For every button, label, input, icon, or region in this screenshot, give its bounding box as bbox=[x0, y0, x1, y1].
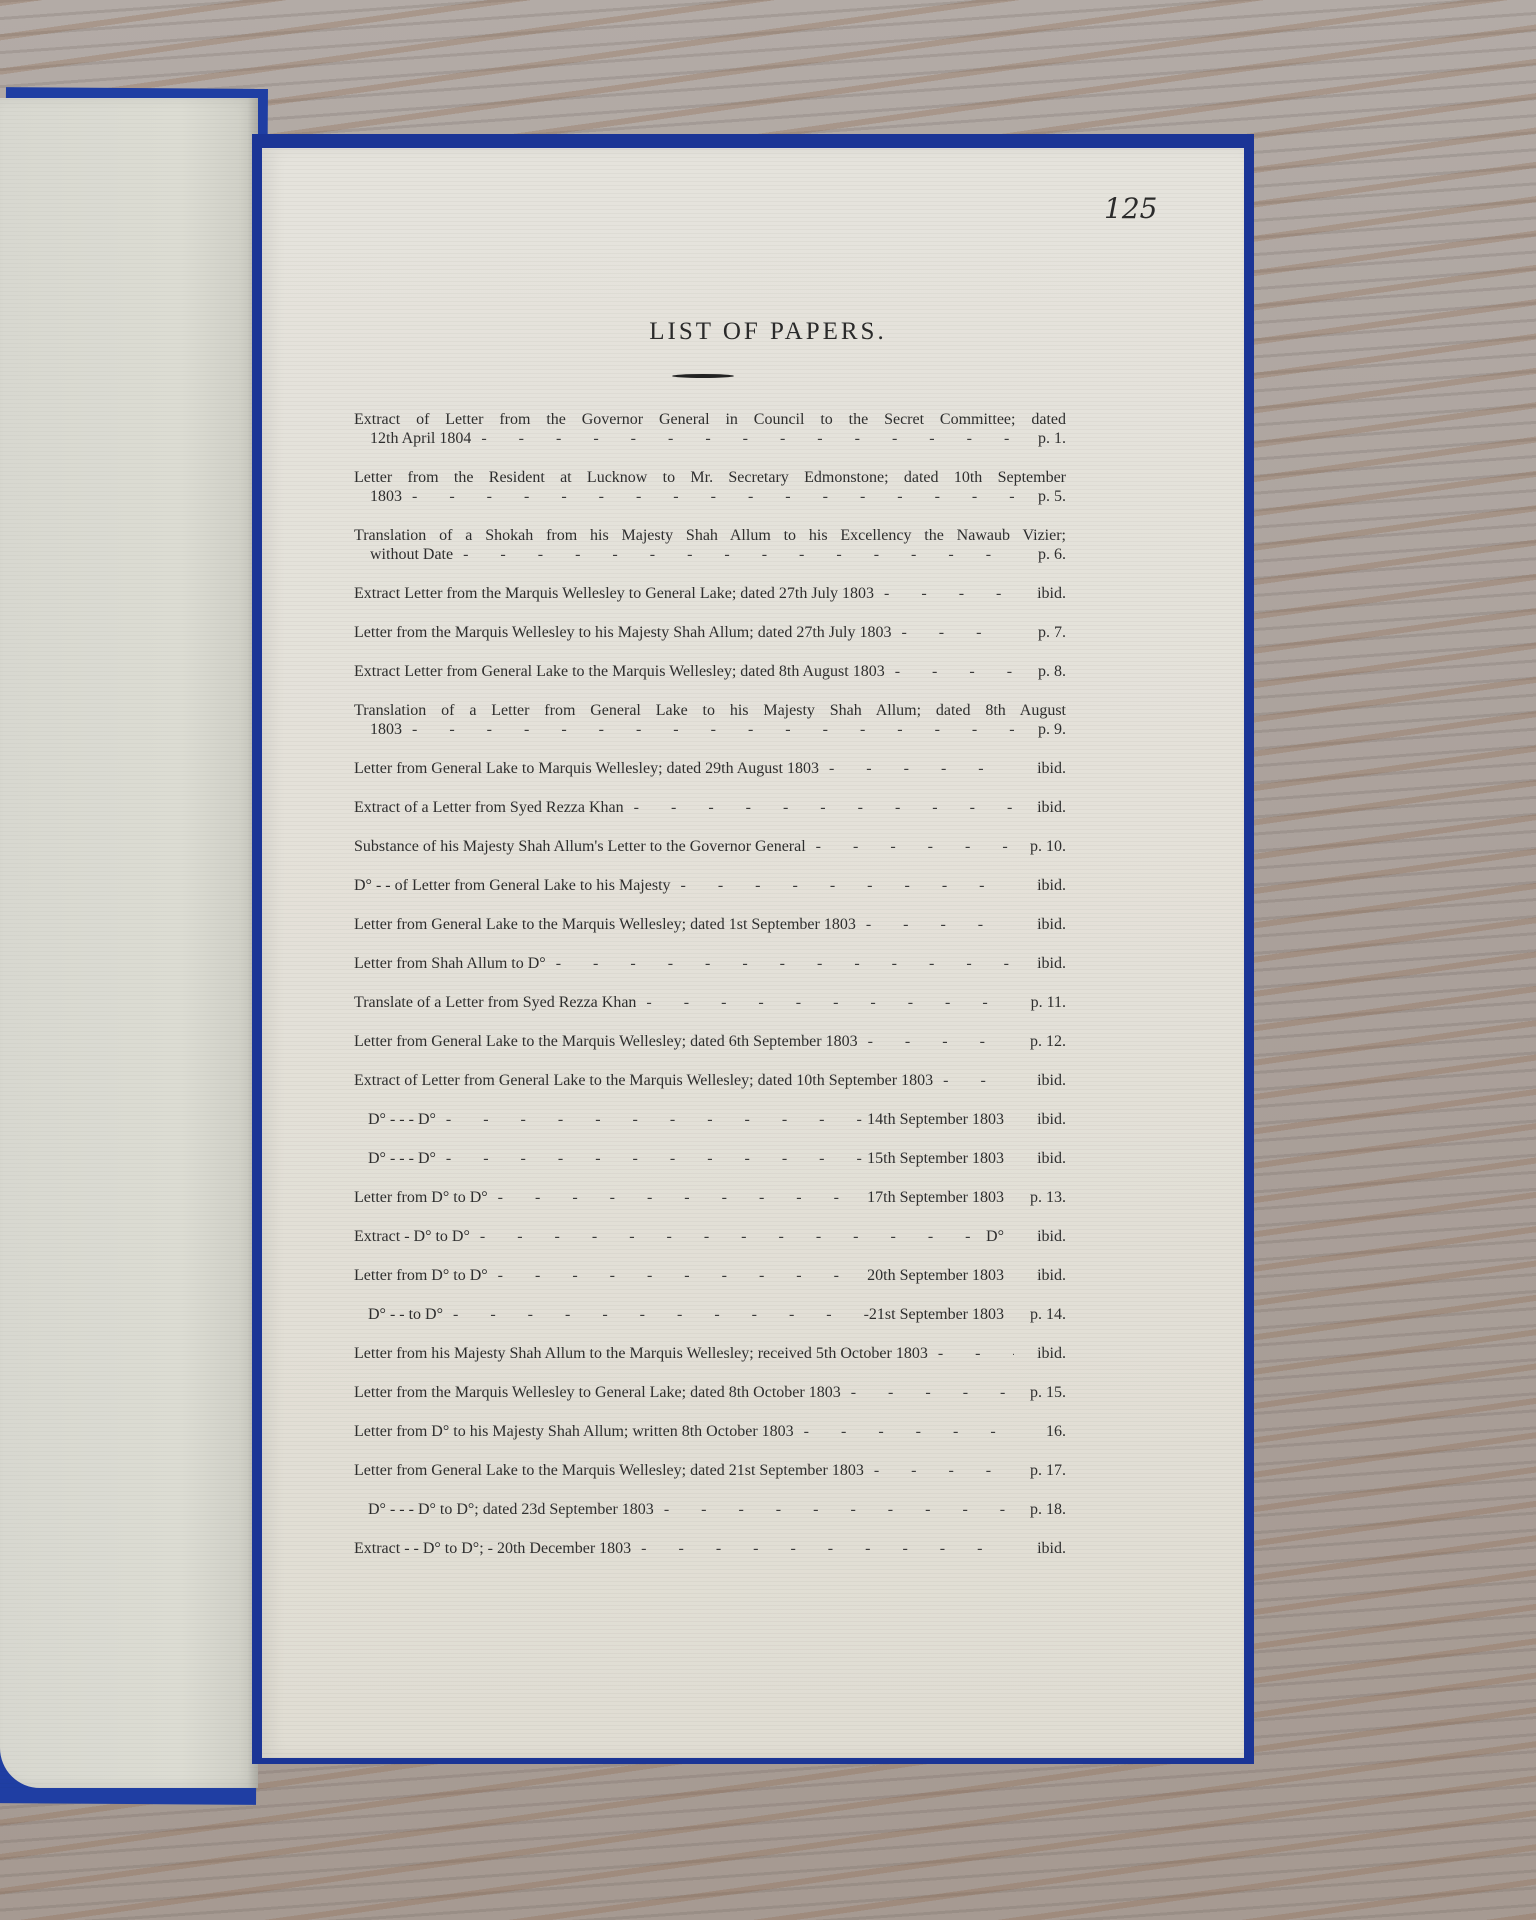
entry-description: Extract of a Letter from Syed Rezza Khan bbox=[354, 798, 624, 817]
dot-leaders: - - - - - - - - - - - - - - - - - - - - … bbox=[402, 487, 1014, 506]
entry-description: Extract - - D° to D°; - 20th December 18… bbox=[354, 1539, 631, 1558]
entry-line: Extract - - D° to D°; - 20th December 18… bbox=[354, 1539, 1066, 1558]
entry-line: Substance of his Majesty Shah Allum's Le… bbox=[354, 837, 1066, 856]
entry-description: D° - - to D° bbox=[354, 1305, 443, 1324]
dot-leaders: - - - - - - - - - - - - - - - - - - - - … bbox=[488, 1188, 867, 1207]
list-item: Extract of Letter from General Lake to t… bbox=[354, 1071, 1066, 1090]
list-item: Letter from the Marquis Wellesley to his… bbox=[354, 623, 1066, 642]
entry-continuation-line: 12th April 1804- - - - - - - - - - - - -… bbox=[354, 429, 1066, 448]
entry-description: Letter from Shah Allum to D° bbox=[354, 954, 546, 973]
page-reference: p. 15. bbox=[1014, 1383, 1066, 1402]
page-reference: ibid. bbox=[1014, 1149, 1066, 1168]
entry-title-line: Translation of a Shokah from his Majesty… bbox=[354, 526, 1066, 545]
entry-line: Extract of Letter from General Lake to t… bbox=[354, 1071, 1066, 1090]
entry-line: Letter from his Majesty Shah Allum to th… bbox=[354, 1344, 1066, 1363]
dot-leaders: - - - - - - - - - - - - - - - - - - - - … bbox=[671, 876, 1014, 895]
page-reference: ibid. bbox=[1014, 915, 1066, 934]
dot-leaders: - - - - - - - - - - - - - - - - - - - - … bbox=[874, 584, 1014, 603]
entry-line: Letter from the Marquis Wellesley to his… bbox=[354, 623, 1066, 642]
entry-description: Substance of his Majesty Shah Allum's Le… bbox=[354, 837, 806, 856]
dot-leaders: - - - - - - - - - - - - - - - - - - - - … bbox=[891, 623, 1014, 642]
entry-line: D° - - to D°- - - - - - - - - - - - - - … bbox=[354, 1305, 1066, 1324]
page-reference: p. 12. bbox=[1014, 1032, 1066, 1051]
list-item: Extract Letter from General Lake to the … bbox=[354, 662, 1066, 681]
page-reference: p. 10. bbox=[1014, 837, 1066, 856]
entry-line: Letter from General Lake to the Marquis … bbox=[354, 1461, 1066, 1480]
entry-description: Letter from General Lake to the Marquis … bbox=[354, 1461, 864, 1480]
entry-line: D° - - - D°- - - - - - - - - - - - - - -… bbox=[354, 1110, 1066, 1129]
page-reference: p. 7. bbox=[1014, 623, 1066, 642]
dot-leaders: - - - - - - - - - - - - - - - - - - - - … bbox=[819, 759, 1014, 778]
entry-date: 15th September 1803 bbox=[867, 1149, 1014, 1168]
page-reference: p. 8. bbox=[1014, 662, 1066, 681]
entry-description: Letter from the Marquis Wellesley to his… bbox=[354, 623, 891, 642]
list-item: Translation of a Shokah from his Majesty… bbox=[354, 526, 1066, 564]
list-item: D° - - to D°- - - - - - - - - - - - - - … bbox=[354, 1305, 1066, 1324]
entry-description: Letter from General Lake to Marquis Well… bbox=[354, 759, 819, 778]
entry-date: without Date bbox=[370, 545, 453, 564]
entry-description: Extract Letter from General Lake to the … bbox=[354, 662, 885, 681]
list-item: Letter from General Lake to the Marquis … bbox=[354, 1461, 1066, 1480]
dot-leaders: - - - - - - - - - - - - - - - - - - - - … bbox=[436, 1110, 867, 1129]
dot-leaders: - - - - - - - - - - - - - - - - - - - - … bbox=[488, 1266, 867, 1285]
entry-line: Extract of a Letter from Syed Rezza Khan… bbox=[354, 798, 1066, 817]
list-item: Letter from General Lake to the Marquis … bbox=[354, 1032, 1066, 1051]
entry-description: Letter from his Majesty Shah Allum to th… bbox=[354, 1344, 928, 1363]
page-reference: ibid. bbox=[1014, 759, 1066, 778]
page-reference: ibid. bbox=[1014, 1539, 1066, 1558]
entry-date: 21st September 1803 bbox=[869, 1305, 1014, 1324]
entry-line: Extract Letter from General Lake to the … bbox=[354, 662, 1066, 681]
page-reference: p. 18. bbox=[1014, 1500, 1066, 1519]
entry-description: Translate of a Letter from Syed Rezza Kh… bbox=[354, 993, 636, 1012]
entry-line: Letter from D° to D°- - - - - - - - - - … bbox=[354, 1188, 1066, 1207]
page-reference: ibid. bbox=[1014, 1110, 1066, 1129]
dot-leaders: - - - - - - - - - - - - - - - - - - - - … bbox=[856, 915, 1014, 934]
entry-line: Translate of a Letter from Syed Rezza Kh… bbox=[354, 993, 1066, 1012]
page-reference: ibid. bbox=[1014, 1344, 1066, 1363]
dot-leaders: - - - - - - - - - - - - - - - - - - - - … bbox=[806, 837, 1014, 856]
page-reference: p. 14. bbox=[1014, 1305, 1066, 1324]
entry-description: Letter from D° to his Majesty Shah Allum… bbox=[354, 1422, 794, 1441]
entry-description: Letter from the Marquis Wellesley to Gen… bbox=[354, 1383, 841, 1402]
left-page bbox=[0, 98, 258, 1788]
dot-leaders: - - - - - - - - - - - - - - - - - - - - … bbox=[928, 1344, 1014, 1363]
entry-title-line: Translation of a Letter from General Lak… bbox=[354, 701, 1066, 720]
page-reference: ibid. bbox=[1014, 954, 1066, 973]
dot-leaders: - - - - - - - - - - - - - - - - - - - - … bbox=[443, 1305, 869, 1324]
page-reference: ibid. bbox=[1014, 1266, 1066, 1285]
page-reference: 16. bbox=[1014, 1422, 1066, 1441]
list-item: Extract of Letter from the Governor Gene… bbox=[354, 410, 1066, 448]
list-item: Substance of his Majesty Shah Allum's Le… bbox=[354, 837, 1066, 856]
page-reference: ibid. bbox=[1014, 584, 1066, 603]
page-reference: p. 5. bbox=[1014, 487, 1066, 506]
list-item: Letter from General Lake to Marquis Well… bbox=[354, 759, 1066, 778]
list-item: Letter from D° to his Majesty Shah Allum… bbox=[354, 1422, 1066, 1441]
list-item: Letter from D° to D°- - - - - - - - - - … bbox=[354, 1188, 1066, 1207]
dot-leaders: - - - - - - - - - - - - - - - - - - - - … bbox=[546, 954, 1014, 973]
entry-line: D° - - - D° to D°; dated 23d September 1… bbox=[354, 1500, 1066, 1519]
list-item: Letter from his Majesty Shah Allum to th… bbox=[354, 1344, 1066, 1363]
dot-leaders: - - - - - - - - - - - - - - - - - - - - … bbox=[794, 1422, 1014, 1441]
entry-continuation-line: 1803- - - - - - - - - - - - - - - - - - … bbox=[354, 487, 1066, 506]
entry-line: Letter from the Marquis Wellesley to Gen… bbox=[354, 1383, 1066, 1402]
entry-description: Letter from D° to D° bbox=[354, 1266, 488, 1285]
dot-leaders: - - - - - - - - - - - - - - - - - - - - … bbox=[471, 429, 1014, 448]
entry-description: D° - - - D° bbox=[354, 1149, 436, 1168]
entry-title-line: Letter from the Resident at Lucknow to M… bbox=[354, 468, 1066, 487]
entry-date: D° bbox=[986, 1227, 1014, 1246]
list-item: Letter from Shah Allum to D°- - - - - - … bbox=[354, 954, 1066, 973]
dot-leaders: - - - - - - - - - - - - - - - - - - - - … bbox=[864, 1461, 1014, 1480]
entry-line: Letter from General Lake to the Marquis … bbox=[354, 915, 1066, 934]
list-of-papers: Extract of Letter from the Governor Gene… bbox=[354, 410, 1066, 1578]
dot-leaders: - - - - - - - - - - - - - - - - - - - - … bbox=[841, 1383, 1014, 1402]
page-reference: p. 9. bbox=[1014, 720, 1066, 739]
page-reference: p. 13. bbox=[1014, 1188, 1066, 1207]
page-reference: p. 11. bbox=[1014, 993, 1066, 1012]
list-item: Letter from General Lake to the Marquis … bbox=[354, 915, 1066, 934]
entry-date: 1803 bbox=[370, 720, 402, 739]
entry-line: D° - - - D°- - - - - - - - - - - - - - -… bbox=[354, 1149, 1066, 1168]
entry-date: 12th April 1804 bbox=[370, 429, 471, 448]
page-reference: ibid. bbox=[1014, 1071, 1066, 1090]
list-item: D° - - - D°- - - - - - - - - - - - - - -… bbox=[354, 1149, 1066, 1168]
entry-description: Extract - D° to D° bbox=[354, 1227, 470, 1246]
entry-line: Letter from General Lake to Marquis Well… bbox=[354, 759, 1066, 778]
dot-leaders: - - - - - - - - - - - - - - - - - - - - … bbox=[654, 1500, 1014, 1519]
dot-leaders: - - - - - - - - - - - - - - - - - - - - … bbox=[858, 1032, 1014, 1051]
page-reference: ibid. bbox=[1014, 876, 1066, 895]
entry-description: Extract of Letter from General Lake to t… bbox=[354, 1071, 933, 1090]
list-item: Extract Letter from the Marquis Wellesle… bbox=[354, 584, 1066, 603]
page-reference: ibid. bbox=[1014, 798, 1066, 817]
page-title: LIST OF PAPERS. bbox=[0, 318, 1536, 346]
page-reference: p. 6. bbox=[1014, 545, 1066, 564]
entry-line: Letter from General Lake to the Marquis … bbox=[354, 1032, 1066, 1051]
list-item: D° - - - D° to D°; dated 23d September 1… bbox=[354, 1500, 1066, 1519]
page-reference: p. 17. bbox=[1014, 1461, 1066, 1480]
list-item: D° - - - D°- - - - - - - - - - - - - - -… bbox=[354, 1110, 1066, 1129]
entry-description: D° - - of Letter from General Lake to hi… bbox=[354, 876, 671, 895]
entry-line: Letter from D° to D°- - - - - - - - - - … bbox=[354, 1266, 1066, 1285]
entry-description: Letter from D° to D° bbox=[354, 1188, 488, 1207]
dot-leaders: - - - - - - - - - - - - - - - - - - - - … bbox=[624, 798, 1014, 817]
entry-description: D° - - - D° bbox=[354, 1110, 436, 1129]
dot-leaders: - - - - - - - - - - - - - - - - - - - - … bbox=[933, 1071, 1014, 1090]
page-reference: ibid. bbox=[1014, 1227, 1066, 1246]
dot-leaders: - - - - - - - - - - - - - - - - - - - - … bbox=[453, 545, 1014, 564]
entry-line: D° - - of Letter from General Lake to hi… bbox=[354, 876, 1066, 895]
entry-continuation-line: without Date- - - - - - - - - - - - - - … bbox=[354, 545, 1066, 564]
list-item: Extract - D° to D°- - - - - - - - - - - … bbox=[354, 1227, 1066, 1246]
entry-continuation-line: 1803- - - - - - - - - - - - - - - - - - … bbox=[354, 720, 1066, 739]
dot-leaders: - - - - - - - - - - - - - - - - - - - - … bbox=[402, 720, 1014, 739]
list-item: Letter from D° to D°- - - - - - - - - - … bbox=[354, 1266, 1066, 1285]
entry-line: Extract Letter from the Marquis Wellesle… bbox=[354, 584, 1066, 603]
list-item: Letter from the Marquis Wellesley to Gen… bbox=[354, 1383, 1066, 1402]
entry-date: 17th September 1803 bbox=[867, 1188, 1014, 1207]
dot-leaders: - - - - - - - - - - - - - - - - - - - - … bbox=[885, 662, 1014, 681]
dot-leaders: - - - - - - - - - - - - - - - - - - - - … bbox=[636, 993, 1014, 1012]
dot-leaders: - - - - - - - - - - - - - - - - - - - - … bbox=[436, 1149, 867, 1168]
list-item: Extract - - D° to D°; - 20th December 18… bbox=[354, 1539, 1066, 1558]
list-item: Letter from the Resident at Lucknow to M… bbox=[354, 468, 1066, 506]
entry-description: Letter from General Lake to the Marquis … bbox=[354, 1032, 858, 1051]
list-item: D° - - of Letter from General Lake to hi… bbox=[354, 876, 1066, 895]
entry-description: Extract Letter from the Marquis Wellesle… bbox=[354, 584, 874, 603]
dot-leaders: - - - - - - - - - - - - - - - - - - - - … bbox=[470, 1227, 986, 1246]
entry-description: D° - - - D° to D°; dated 23d September 1… bbox=[354, 1500, 654, 1519]
entry-date: 14th September 1803 bbox=[867, 1110, 1014, 1129]
entry-date: 1803 bbox=[370, 487, 402, 506]
folio-number: 125 bbox=[1104, 192, 1157, 225]
entry-line: Letter from D° to his Majesty Shah Allum… bbox=[354, 1422, 1066, 1441]
list-item: Translate of a Letter from Syed Rezza Kh… bbox=[354, 993, 1066, 1012]
dot-leaders: - - - - - - - - - - - - - - - - - - - - … bbox=[631, 1539, 1014, 1558]
entry-title-line: Extract of Letter from the Governor Gene… bbox=[354, 410, 1066, 429]
page-reference: p. 1. bbox=[1014, 429, 1066, 448]
entry-date: 20th September 1803 bbox=[867, 1266, 1014, 1285]
entry-line: Extract - D° to D°- - - - - - - - - - - … bbox=[354, 1227, 1066, 1246]
entry-description: Letter from General Lake to the Marquis … bbox=[354, 915, 856, 934]
entry-line: Letter from Shah Allum to D°- - - - - - … bbox=[354, 954, 1066, 973]
list-item: Translation of a Letter from General Lak… bbox=[354, 701, 1066, 739]
title-ornament-rule bbox=[672, 374, 734, 378]
list-item: Extract of a Letter from Syed Rezza Khan… bbox=[354, 798, 1066, 817]
